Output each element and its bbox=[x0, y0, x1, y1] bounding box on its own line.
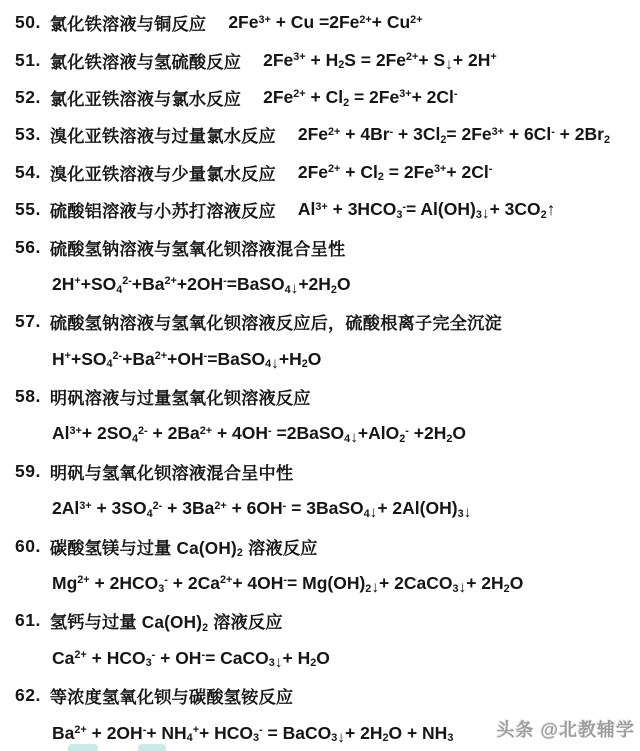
item-title-row: 62. 等浓度氢氧化钡与碳酸氢铵反应 bbox=[0, 677, 640, 714]
item-title-row: 57. 硫酸氢钠溶液与氢氧化钡溶液反应后，硫酸根离子完全沉淀 bbox=[0, 303, 640, 340]
item-title-row: 59. 明矾与氢氧化钡溶液混合呈中性 bbox=[0, 453, 640, 490]
item-51: 51. 氯化铁溶液与氢硫酸反应 2Fe3+ + H2S = 2Fe2++ S↓+… bbox=[0, 41, 640, 78]
item-58: 58. 明矾溶液与过量氢氧化钡溶液反应 Al3++ 2SO42- + 2Ba2+… bbox=[0, 378, 640, 453]
item-equation: 2Fe2+ + Cl2 = 2Fe3++ 2Cl- bbox=[298, 162, 492, 183]
item-60: 60. 碳酸氢镁与过量 Ca(OH)2 溶液反应 Mg2+ + 2HCO3- +… bbox=[0, 527, 640, 602]
item-title-row: 56. 硫酸氢钠溶液与氢氧化钡溶液混合呈性 bbox=[0, 228, 640, 265]
item-number: 56. bbox=[15, 237, 41, 258]
item-title: 明矾溶液与过量氢氧化钡溶液反应 bbox=[50, 384, 311, 409]
equation-list: 50. 氯化铁溶液与铜反应 2Fe3+ + Cu =2Fe2++ Cu2+ 51… bbox=[0, 4, 640, 751]
item-title-row: 50. 氯化铁溶液与铜反应 2Fe3+ + Cu =2Fe2++ Cu2+ bbox=[0, 4, 640, 41]
item-54: 54. 溴化亚铁溶液与少量氯水反应 2Fe2+ + Cl2 = 2Fe3++ 2… bbox=[0, 154, 640, 191]
item-57: 57. 硫酸氢钠溶液与氢氧化钡溶液反应后，硫酸根离子完全沉淀 H++SO42-+… bbox=[0, 303, 640, 378]
item-number: 55. bbox=[15, 199, 41, 220]
item-title: 溴化亚铁溶液与少量氯水反应 bbox=[50, 160, 276, 185]
item-number: 58. bbox=[15, 386, 41, 407]
item-equation: Al3+ + 3HCO3-= Al(OH)3↓+ 3CO2↑ bbox=[298, 199, 556, 220]
item-number: 60. bbox=[15, 536, 41, 557]
highlight-smudge bbox=[68, 744, 98, 751]
item-56: 56. 硫酸氢钠溶液与氢氧化钡溶液混合呈性 2H++SO42-+Ba2++2OH… bbox=[0, 228, 640, 303]
item-title: 硫酸氢钠溶液与氢氧化钡溶液反应后，硫酸根离子完全沉淀 bbox=[50, 309, 502, 334]
item-title-row: 54. 溴化亚铁溶液与少量氯水反应 2Fe2+ + Cl2 = 2Fe3++ 2… bbox=[0, 154, 640, 191]
item-equation-row: Ca2+ + HCO3- + OH-= CaCO3↓+ H2O bbox=[0, 640, 640, 677]
item-number: 57. bbox=[15, 311, 41, 332]
item-equation: 2H++SO42-+Ba2++2OH-=BaSO4↓+2H2O bbox=[52, 274, 351, 295]
highlight-smudge bbox=[138, 744, 166, 751]
watermark: 头条 @北教辅学 bbox=[496, 716, 635, 742]
item-title-row: 55. 硫酸铝溶液与小苏打溶液反应 Al3+ + 3HCO3-= Al(OH)3… bbox=[0, 191, 640, 228]
item-title: 氢钙与过量 Ca(OH)2 溶液反应 bbox=[50, 608, 283, 633]
item-equation: 2Fe2+ + 4Br- + 3Cl2= 2Fe3+ + 6Cl- + 2Br2 bbox=[298, 124, 610, 145]
item-title-row: 60. 碳酸氢镁与过量 Ca(OH)2 溶液反应 bbox=[0, 527, 640, 564]
item-55: 55. 硫酸铝溶液与小苏打溶液反应 Al3+ + 3HCO3-= Al(OH)3… bbox=[0, 191, 640, 228]
item-title-row: 53. 溴化亚铁溶液与过量氯水反应 2Fe2+ + 4Br- + 3Cl2= 2… bbox=[0, 116, 640, 153]
item-title: 硫酸氢钠溶液与氢氧化钡溶液混合呈性 bbox=[50, 235, 346, 260]
item-title-row: 51. 氯化铁溶液与氢硫酸反应 2Fe3+ + H2S = 2Fe2++ S↓+… bbox=[0, 41, 640, 78]
document-page: 50. 氯化铁溶液与铜反应 2Fe3+ + Cu =2Fe2++ Cu2+ 51… bbox=[0, 0, 640, 751]
item-equation-row: Al3++ 2SO42- + 2Ba2+ + 4OH- =2BaSO4↓+AlO… bbox=[0, 415, 640, 452]
item-52: 52. 氯化亚铁溶液与氯水反应 2Fe2+ + Cl2 = 2Fe3++ 2Cl… bbox=[0, 79, 640, 116]
item-number: 59. bbox=[15, 461, 41, 482]
item-61: 61. 氢钙与过量 Ca(OH)2 溶液反应 Ca2+ + HCO3- + OH… bbox=[0, 602, 640, 677]
item-equation-row: H++SO42-+Ba2++OH-=BaSO4↓+H2O bbox=[0, 341, 640, 378]
item-title: 氯化亚铁溶液与氯水反应 bbox=[50, 85, 241, 110]
item-equation: H++SO42-+Ba2++OH-=BaSO4↓+H2O bbox=[52, 349, 321, 370]
item-equation: Ca2+ + HCO3- + OH-= CaCO3↓+ H2O bbox=[52, 648, 330, 669]
item-title: 氯化铁溶液与氢硫酸反应 bbox=[50, 48, 241, 73]
item-equation: Mg2+ + 2HCO3- + 2Ca2++ 4OH-= Mg(OH)2↓+ 2… bbox=[52, 573, 523, 594]
item-title: 等浓度氢氧化钡与碳酸氢铵反应 bbox=[50, 683, 293, 708]
item-equation: 2Fe2+ + Cl2 = 2Fe3++ 2Cl- bbox=[263, 87, 457, 108]
item-53: 53. 溴化亚铁溶液与过量氯水反应 2Fe2+ + 4Br- + 3Cl2= 2… bbox=[0, 116, 640, 153]
item-number: 51. bbox=[15, 50, 41, 71]
item-number: 50. bbox=[15, 12, 41, 33]
item-title: 碳酸氢镁与过量 Ca(OH)2 溶液反应 bbox=[50, 534, 318, 559]
item-equation: 2Al3+ + 3SO42- + 3Ba2+ + 6OH- = 3BaSO4↓+… bbox=[52, 498, 471, 519]
item-number: 61. bbox=[15, 610, 41, 631]
item-title: 硫酸铝溶液与小苏打溶液反应 bbox=[50, 197, 276, 222]
item-number: 52. bbox=[15, 87, 41, 108]
item-equation: Al3++ 2SO42- + 2Ba2+ + 4OH- =2BaSO4↓+AlO… bbox=[52, 423, 466, 444]
item-equation-row: Mg2+ + 2HCO3- + 2Ca2++ 4OH-= Mg(OH)2↓+ 2… bbox=[0, 565, 640, 602]
item-59: 59. 明矾与氢氧化钡溶液混合呈中性 2Al3+ + 3SO42- + 3Ba2… bbox=[0, 453, 640, 528]
item-title: 明矾与氢氧化钡溶液混合呈中性 bbox=[50, 459, 293, 484]
item-title-row: 58. 明矾溶液与过量氢氧化钡溶液反应 bbox=[0, 378, 640, 415]
item-number: 53. bbox=[15, 124, 41, 145]
item-equation: Ba2+ + 2OH-+ NH4++ HCO3- = BaCO3↓+ 2H2O … bbox=[52, 723, 453, 744]
item-title: 氯化铁溶液与铜反应 bbox=[50, 10, 207, 35]
item-title: 溴化亚铁溶液与过量氯水反应 bbox=[50, 122, 276, 147]
item-number: 54. bbox=[15, 162, 41, 183]
item-equation-row: 2H++SO42-+Ba2++2OH-=BaSO4↓+2H2O bbox=[0, 266, 640, 303]
item-equation-row: 2Al3+ + 3SO42- + 3Ba2+ + 6OH- = 3BaSO4↓+… bbox=[0, 490, 640, 527]
item-title-row: 52. 氯化亚铁溶液与氯水反应 2Fe2+ + Cl2 = 2Fe3++ 2Cl… bbox=[0, 79, 640, 116]
item-50: 50. 氯化铁溶液与铜反应 2Fe3+ + Cu =2Fe2++ Cu2+ bbox=[0, 4, 640, 41]
item-equation: 2Fe3+ + Cu =2Fe2++ Cu2+ bbox=[228, 12, 422, 33]
item-number: 62. bbox=[15, 685, 41, 706]
item-equation: 2Fe3+ + H2S = 2Fe2++ S↓+ 2H+ bbox=[263, 50, 497, 71]
item-title-row: 61. 氢钙与过量 Ca(OH)2 溶液反应 bbox=[0, 602, 640, 639]
